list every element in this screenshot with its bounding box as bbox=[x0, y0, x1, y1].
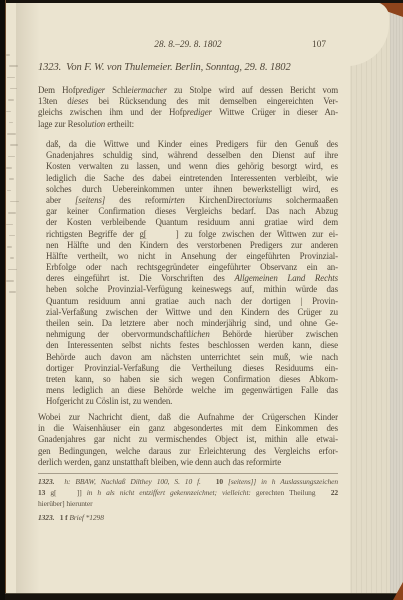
text-line: 25dortiger Provinzial-Verfaßung die Vert… bbox=[46, 363, 338, 374]
text-line: gleichs zwischen ihm und der Hofprediger… bbox=[38, 107, 338, 118]
text-line: Hofgericht zu Cöslin ist, zu wenden. bbox=[46, 396, 338, 407]
text-line: der Kosten verbleibende Quantum residuum… bbox=[46, 217, 338, 228]
text-line: Gnadenjahres schuldig sind, während dess… bbox=[46, 150, 338, 161]
text-segment: Brief *1298 bbox=[68, 513, 104, 522]
text-segment bbox=[315, 488, 330, 497]
text-segment: richtigsten Begriffe der g[ ] zu folge z… bbox=[46, 229, 338, 239]
text-segment: h: BBAW, Nachlaß Dilthey 100, S. 10 f. bbox=[64, 477, 201, 486]
text-segment: Kosten verwalten zu lassen, und wenn die… bbox=[46, 161, 338, 171]
text-segment: deres eingeführt ist. Die Vorschriften d… bbox=[46, 273, 234, 283]
text-line: solches durch Uebereinkommen unter ihnen… bbox=[46, 184, 338, 195]
text-segment: Behörde hierüber zwischen bbox=[210, 329, 338, 339]
book-page-scan: 28. 8.–29. 8. 1802 107 1323. Von F. W. v… bbox=[0, 0, 403, 600]
text-line: 1323. h: BBAW, Nachlaß Dilthey 100, S. 1… bbox=[38, 477, 338, 488]
text-line: nehmigung der obervormundschaftlichen Be… bbox=[46, 329, 338, 340]
letter-title: 1323. Von F. W. von Thulemeier. Berlin, … bbox=[38, 61, 338, 75]
text-segment: 1323. bbox=[38, 513, 54, 522]
text-segment: heben solche Provinzial-Verfügung keines… bbox=[46, 284, 338, 294]
text-segment: der Kosten verbleibende Quantum residuum… bbox=[46, 217, 338, 227]
text-segment: 1 f bbox=[60, 513, 68, 522]
text-line: derlich werden, ganz unstatthaft bleiben… bbox=[38, 457, 338, 468]
text-line: deres eingeführt ist. Die Vorschriften d… bbox=[46, 273, 338, 284]
text-segment: dortiger Provinzial-Verfaßung die Verthe… bbox=[46, 363, 338, 373]
text-segment: gerechten Theilung bbox=[251, 488, 316, 497]
text-segment: in die Waisenhäuser ein ganz abgesondert… bbox=[38, 423, 338, 433]
text-line: 15Hälfte vertheilt, wo nicht in Ansehung… bbox=[46, 251, 338, 262]
text-segment: daß, da die Wittwe und Kinder eines Pred… bbox=[46, 139, 338, 149]
text-segment: lediglich die Sache des dabei eintretend… bbox=[46, 173, 338, 183]
text-line: 30in die Waisenhäuser ein ganz abgesonde… bbox=[38, 423, 338, 434]
text-segment: rediger bbox=[80, 85, 105, 95]
text-segment: in h als nicht entziffert gekennzeichnet… bbox=[87, 488, 251, 497]
text-line: treten kann, so haben sie sich wegen Con… bbox=[46, 374, 338, 385]
apparatus-divider-rule bbox=[38, 473, 338, 474]
text-segment: mens lediglich an diese Behörde welche i… bbox=[46, 385, 338, 395]
text-segment: bei Rücksendung des mit demselben einger… bbox=[88, 96, 338, 106]
text-line: 5daß, da die Wittwe und Kinder eines Pre… bbox=[46, 139, 338, 150]
text-segment: rediger bbox=[187, 107, 212, 117]
text-segment: KirchenDirector bbox=[185, 195, 256, 205]
text-line: nen Hälfte und den Kindern des verstorbe… bbox=[46, 240, 338, 251]
text-segment: hierüber] hierunter bbox=[38, 499, 93, 508]
text-segment: [seitens]] in h Auslassungszeichen bbox=[223, 477, 338, 486]
text-segment: nen Hälfte und den Kindern des verstorbe… bbox=[46, 240, 338, 250]
text-line: 10aber [seitens] des reformirten Kirchen… bbox=[46, 195, 338, 206]
text-line: Behörde auch davon am nächsten unterrich… bbox=[46, 352, 338, 363]
text-line: Gnadenjahres gar nicht zu vermischendes … bbox=[38, 434, 338, 445]
text-line: heben solche Provinzial-Verfügung keines… bbox=[46, 284, 338, 295]
text-line: den Interessenten selbst nichts festes b… bbox=[46, 340, 338, 351]
text-segment: irten bbox=[169, 195, 185, 205]
text-segment: Gnadenjahres schuldig sind, während dess… bbox=[46, 150, 338, 160]
text-segment bbox=[54, 477, 64, 486]
text-segment: solches durch Uebereinkommen unter ihnen… bbox=[46, 184, 338, 194]
text-segment: Wittwe Crüger in dieser An- bbox=[212, 107, 338, 117]
text-segment: derlich werden, ganz unstatthaft bleiben… bbox=[38, 457, 281, 467]
text-line: 20zial-Verfaßung zwischen der Wittwe und… bbox=[46, 307, 338, 318]
text-segment: Erbfolge oder nach rechtsgegründeter ein… bbox=[46, 262, 338, 272]
text-line: lage zur Resolution ertheilt: bbox=[38, 119, 338, 130]
letter-opening-paragraph: Dem Hofprediger Schleiermacher zu Stolpe… bbox=[38, 85, 338, 130]
text-segment: treten kann, so haben sie sich wegen Con… bbox=[46, 374, 338, 384]
text-segment: iums bbox=[256, 195, 272, 205]
text-segment: ution bbox=[87, 119, 105, 129]
text-segment: zial-Verfaßung zwischen der Wittwe und d… bbox=[46, 307, 338, 317]
text-segment: den Interessenten selbst nichts festes b… bbox=[46, 340, 338, 350]
text-segment: Schl bbox=[105, 85, 128, 95]
closing-paragraph: Wobei zur Nachricht dient, daß die Aufna… bbox=[38, 412, 338, 468]
text-segment: zu Stolpe wird auf dessen Bericht vom bbox=[167, 85, 338, 95]
text-segment: solchermaaßen bbox=[272, 195, 338, 205]
text-line: Wobei zur Nachricht dient, daß die Aufna… bbox=[38, 412, 338, 423]
textual-apparatus: 1323. h: BBAW, Nachlaß Dilthey 100, S. 1… bbox=[38, 477, 338, 509]
text-segment: 1323. bbox=[38, 477, 54, 486]
text-segment: aber bbox=[46, 195, 75, 205]
text-segment bbox=[201, 477, 216, 486]
text-segment: Gnadenjahres gar nicht zu vermischendes … bbox=[38, 434, 338, 444]
text-line: hierüber] hierunter bbox=[38, 499, 338, 510]
text-segment: ertheilt: bbox=[105, 119, 134, 129]
text-segment: gen Bedingungen, welche daraus zur Erlei… bbox=[38, 446, 338, 456]
text-segment: gar keiner Confirmation dieses Vergleich… bbox=[46, 206, 338, 216]
text-segment: 22 bbox=[331, 488, 338, 497]
text-segment: 10 bbox=[216, 477, 223, 486]
text-segment: 13ten d bbox=[38, 96, 72, 106]
text-segment: Allgemeinen Land Rechts bbox=[234, 273, 338, 283]
reference-apparatus: 1323. 1 f Brief *1298 bbox=[38, 513, 338, 524]
text-segment: gleichs zwischen ihm und der Hofp bbox=[38, 107, 187, 117]
text-segment: Quantum residuum anni gratiae auch nach … bbox=[46, 296, 338, 306]
text-segment: eiermacher bbox=[128, 85, 167, 95]
text-line: Quantum residuum anni gratiae auch nach … bbox=[46, 296, 338, 307]
text-line: lediglich die Sache des dabei eintretend… bbox=[46, 173, 338, 184]
running-head: 28. 8.–29. 8. 1802 107 bbox=[38, 39, 338, 51]
text-line: Kosten verwalten zu lassen, und wenn die… bbox=[46, 161, 338, 172]
text-line: richtigsten Begriffe der g[ ] zu folge z… bbox=[46, 229, 338, 240]
text-segment: Wobei zur Nachricht dient, daß die Aufna… bbox=[38, 412, 338, 422]
text-line: gar keiner Confirmation dieses Vergleich… bbox=[46, 206, 338, 217]
text-line: 1323. 1 f Brief *1298 bbox=[38, 513, 338, 524]
running-head-date: 28. 8.–29. 8. 1802 bbox=[38, 39, 338, 51]
text-segment: Dem Hofp bbox=[38, 85, 80, 95]
page-number: 107 bbox=[312, 39, 326, 51]
text-line: mens lediglich an diese Behörde welche i… bbox=[46, 385, 338, 396]
text-segment: des reform bbox=[105, 195, 168, 205]
text-line: Erbfolge oder nach rechtsgegründeter ein… bbox=[46, 262, 338, 273]
text-segment: nehmigung der obervormundschaftl bbox=[46, 329, 191, 339]
text-line: theilen sein. Da letztere aber noch mind… bbox=[46, 318, 338, 329]
text-segment: theilen sein. Da letztere aber noch mind… bbox=[46, 318, 338, 328]
text-segment: 1323. Von F. W. von Thulemeier. Berlin, … bbox=[38, 62, 291, 73]
text-segment: ieses bbox=[72, 96, 89, 106]
resolution-block: 5daß, da die Wittwe und Kinder eines Pre… bbox=[46, 139, 338, 408]
text-segment: Hälfte vertheilt, wo nicht in Ansehung d… bbox=[46, 251, 338, 261]
text-line: gen Bedingungen, welche daraus zur Erlei… bbox=[38, 446, 338, 457]
text-segment: g[ ]] bbox=[45, 488, 86, 497]
text-line: Dem Hofprediger Schleiermacher zu Stolpe… bbox=[38, 85, 338, 96]
text-segment: Hofgericht zu Cöslin ist, zu wenden. bbox=[46, 396, 172, 406]
text-line: 13 g[ ]] in h als nicht entziffert geken… bbox=[38, 488, 338, 499]
page-content: 28. 8.–29. 8. 1802 107 1323. Von F. W. v… bbox=[0, 0, 403, 600]
text-segment: ichen bbox=[191, 329, 210, 339]
text-segment: lage zur Resol bbox=[38, 119, 87, 129]
text-segment: [seitens] bbox=[75, 195, 105, 205]
text-line: 13ten dieses bei Rücksendung des mit dem… bbox=[38, 96, 338, 107]
text-line: 1323. Von F. W. von Thulemeier. Berlin, … bbox=[38, 61, 338, 75]
text-segment: Behörde auch davon am nächsten unterrich… bbox=[46, 352, 338, 362]
